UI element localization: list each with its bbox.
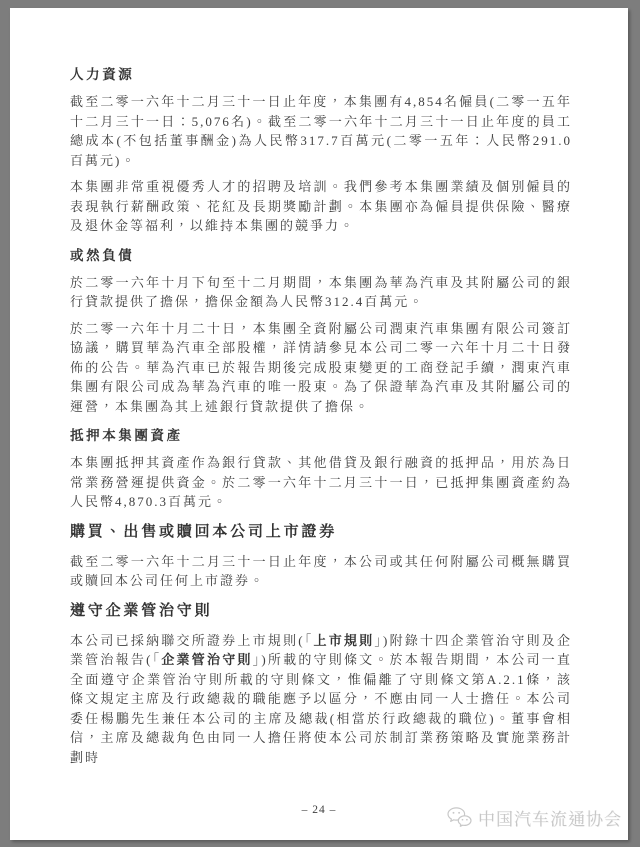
text-run: 於二零一六年十月下旬至十二月期間，本集團為華為汽車及其附屬公司的銀行貸款提供了擔… bbox=[70, 275, 572, 310]
text-run: 截至二零一六年十二月三十一日止年度，本集團有4,854名僱員(二零一五年十二月三… bbox=[70, 94, 572, 168]
section-heading: 或然負債 bbox=[70, 246, 572, 266]
text-run: 本公司已採納聯交所證券上市規則(「 bbox=[70, 633, 313, 648]
text-run: 截至二零一六年十二月三十一日止年度，本公司或其任何附屬公司概無購買或贖回本公司任… bbox=[70, 554, 572, 589]
paragraph: 截至二零一六年十二月三十一日止年度，本公司或其任何附屬公司概無購買或贖回本公司任… bbox=[70, 552, 572, 591]
bold-term: 上市規則 bbox=[313, 633, 374, 648]
paragraph: 於二零一六年十月下旬至十二月期間，本集團為華為汽車及其附屬公司的銀行貸款提供了擔… bbox=[70, 273, 572, 312]
paragraph: 本公司已採納聯交所證券上市規則(「上市規則」)附錄十四企業管治守則及企業管治報告… bbox=[70, 631, 572, 768]
document-page: 人力資源截至二零一六年十二月三十一日止年度，本集團有4,854名僱員(二零一五年… bbox=[10, 8, 628, 840]
text-run: 本集團抵押其資產作為銀行貸款、其他借貸及銀行融資的抵押品，用於為日常業務營運提供… bbox=[70, 455, 572, 509]
wechat-watermark: 中国汽车流通协会 bbox=[446, 805, 622, 830]
wechat-logo-icon bbox=[446, 806, 478, 829]
paragraph: 本集團抵押其資產作為銀行貸款、其他借貸及銀行融資的抵押品，用於為日常業務營運提供… bbox=[70, 453, 572, 512]
wechat-account-name: 中国汽车流通协会 bbox=[478, 805, 622, 830]
section-heading: 購買、出售或贖回本公司上市證券 bbox=[70, 522, 572, 543]
text-run: 於二零一六年十月二十日，本集團全資附屬公司潤東汽車集團有限公司簽訂協議，購買華為… bbox=[70, 321, 572, 414]
paragraph: 截至二零一六年十二月三十一日止年度，本集團有4,854名僱員(二零一五年十二月三… bbox=[70, 92, 572, 170]
bold-term: 企業管治守則 bbox=[161, 652, 252, 667]
paragraph: 本集團非常重視優秀人才的招聘及培訓。我們參考本集團業績及個別僱員的表現執行薪酬政… bbox=[70, 177, 572, 236]
section-heading: 遵守企業管治守則 bbox=[70, 601, 572, 622]
text-run: 本集團非常重視優秀人才的招聘及培訓。我們參考本集團業績及個別僱員的表現執行薪酬政… bbox=[70, 179, 572, 233]
document-body: 人力資源截至二零一六年十二月三十一日止年度，本集團有4,854名僱員(二零一五年… bbox=[70, 65, 572, 774]
section-heading: 人力資源 bbox=[70, 65, 572, 85]
paragraph: 於二零一六年十月二十日，本集團全資附屬公司潤東汽車集團有限公司簽訂協議，購買華為… bbox=[70, 319, 572, 417]
section-heading: 抵押本集團資產 bbox=[70, 426, 572, 446]
text-run: 」)所載的守則條文。於本報告期間，本公司一直全面遵守企業管治守則所載的守則條文，… bbox=[70, 652, 572, 765]
